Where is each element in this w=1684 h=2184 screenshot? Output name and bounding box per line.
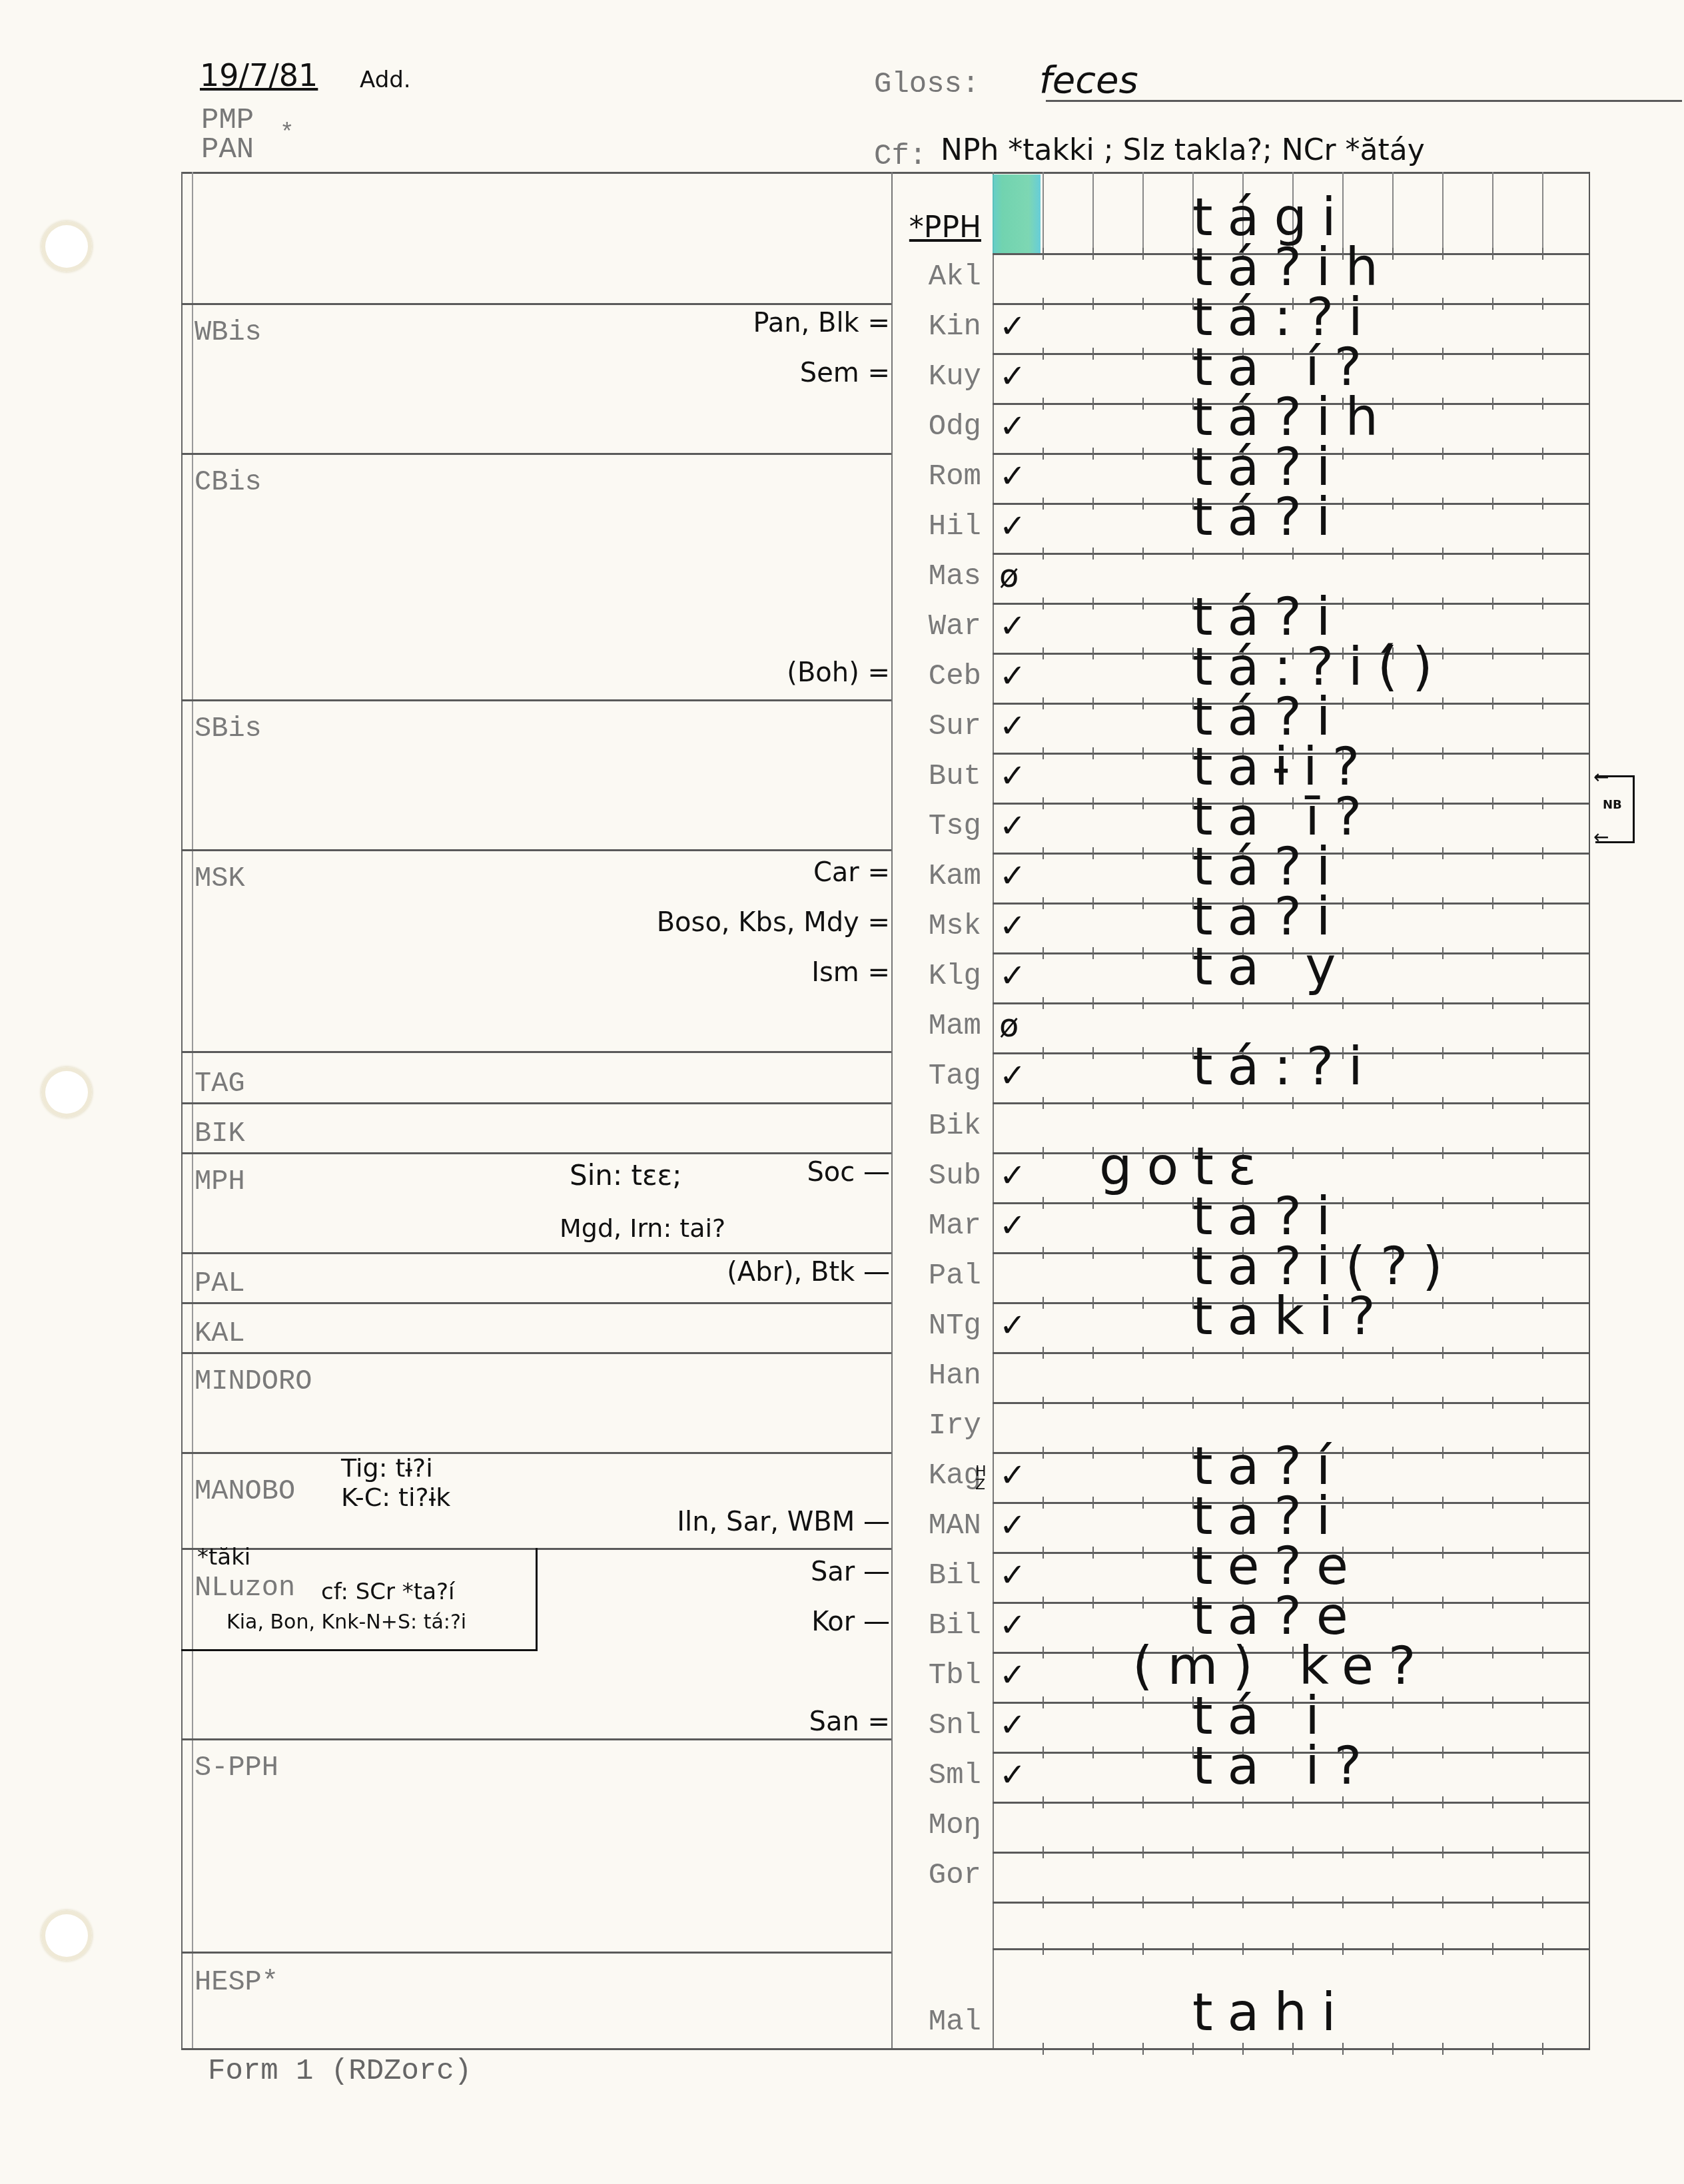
grid-tick [1542,997,1543,1009]
grid-tick [1442,1047,1444,1059]
pmp-label: PMP [201,104,254,137]
grid-tick [1142,1397,1144,1409]
cognate-check: ✓ [999,857,1026,895]
grid-tick [1092,947,1094,959]
cognate-check: ✓ [999,607,1026,645]
region-divider [181,303,891,305]
grid-tick [1043,1347,1044,1359]
region-label: TAG [195,1068,245,1100]
nluzon-kia-note: Kia, Bon, Knk-N+S: tá:?i [226,1611,466,1634]
region-label: HESP* [195,1966,278,1998]
grid-tick [1492,298,1493,310]
grid-tick [1442,897,1444,909]
cognate-check: ✓ [999,1307,1026,1344]
grid-tick [1492,1047,1493,1059]
grid-tick [1142,398,1144,410]
grid-tick [1542,597,1543,609]
grid-tick [1492,997,1493,1009]
grid-tick [1142,797,1144,809]
cognate-annotation: Pan, Blk = [753,308,890,338]
grid-tick [1392,348,1394,360]
grid-tick [1142,597,1144,609]
grid-tick [1542,897,1543,909]
grid-tick [1492,1943,1493,1955]
gloss-label: Gloss: [874,68,979,101]
grid-tick [1092,1097,1094,1109]
language-label: Sur [891,710,981,743]
grid-tick [1092,1846,1094,1858]
region-label: PAL [195,1268,245,1299]
grid-tick [1392,797,1394,809]
language-label: Ceb [891,660,981,693]
grid-cell-divider [1492,172,1493,253]
grid-tick [1542,1943,1543,1955]
grid-tick [1092,448,1094,460]
grid-tick [1542,1047,1543,1059]
grid-tick [1242,1943,1244,1955]
grid-tick [1492,1297,1493,1309]
grid-tick [1442,947,1444,959]
grid-tick [1192,1846,1194,1858]
grid-tick [1292,1347,1294,1359]
grid-tick [1392,498,1394,510]
grid-tick [1542,298,1543,310]
grid-tick [1542,1547,1543,1559]
grid-tick [1142,1846,1144,1858]
grid-tick [1292,2043,1294,2055]
grid-tick [1492,697,1493,709]
grid-tick [1542,1497,1543,1509]
grid-tick [1442,298,1444,310]
pph-highlight-cell [993,175,1041,253]
grid-tick [1342,1943,1344,1955]
grid-cell-divider [1092,172,1094,253]
grid-tick [1442,348,1444,360]
grid-tick [1442,1846,1444,1858]
language-label: MAN [891,1509,981,1543]
grid-tick [1092,1447,1094,1459]
language-label: *PPH [891,210,981,244]
reflex-form: tahi [1192,1983,1351,2043]
manobo-tig-note: Tig: tɨ?i [341,1453,433,1483]
grid-tick [1242,1347,1244,1359]
grid-tick [1043,348,1044,360]
grid-tick [1142,1796,1144,1808]
language-label: Rom [891,460,981,494]
region-divider [181,849,891,851]
grid-tick [1092,1347,1094,1359]
table-right-border [1589,172,1590,2050]
grid-cell-divider [1142,172,1144,253]
region-label: BIK [195,1118,245,1150]
grid-tick [1442,398,1444,410]
grid-tick [1442,1696,1444,1708]
cognate-annotation: Ism = [811,957,890,988]
grid-tick [1142,1746,1144,1758]
language-label: Kag [891,1459,981,1493]
cognate-check: ø [999,1007,1019,1044]
grid-tick [1492,448,1493,460]
cognate-check: ✓ [999,657,1026,695]
grid-tick [1392,1497,1394,1509]
grid-tick [1442,847,1444,859]
grid-tick [1142,1447,1144,1459]
grid-tick [1192,2043,1194,2055]
grid-tick [1542,1297,1543,1309]
grid-tick [1392,1796,1394,1808]
cognate-check: ✓ [999,508,1026,545]
grid-tick [1442,1497,1444,1509]
grid-tick [1492,1796,1493,1808]
cognate-check: ✓ [999,458,1026,495]
grid-tick [1542,847,1543,859]
language-label: Tag [891,1060,981,1093]
region-label: CBis [195,466,262,498]
grid-tick [1542,697,1543,709]
grid-tick [1142,1547,1144,1559]
grid-tick [1492,1646,1493,1658]
language-label: Bik [891,1110,981,1143]
grid-tick [1492,1447,1493,1459]
grid-tick [1043,1896,1044,1908]
cognate-annotation: Sem = [800,358,890,388]
reflex-form: tá?i [1192,488,1345,547]
cognate-check: ✓ [999,1207,1026,1244]
grid-tick [1142,1297,1144,1309]
grid-tick [1043,747,1044,759]
grid-tick [1392,1297,1394,1309]
reflex-form: tá:?i [1192,1037,1378,1097]
grid-tick [1292,1846,1294,1858]
grid-tick [1092,797,1094,809]
row-rule [993,2048,1589,2050]
grid-tick [1043,1097,1044,1109]
language-label: Sml [891,1759,981,1792]
grid-tick [1192,1097,1194,1109]
grid-tick [1542,398,1543,410]
language-label: Tsg [891,810,981,843]
grid-tick [1142,547,1144,559]
grid-tick [1142,947,1144,959]
grid-tick [1043,997,1044,1009]
language-label: Mam [891,1010,981,1043]
language-label: Snl [891,1709,981,1742]
grid-tick [1342,1347,1344,1359]
grid-tick [1442,1297,1444,1309]
grid-tick [1392,1896,1394,1908]
language-label: Hil [891,510,981,544]
language-label: Kin [891,310,981,344]
language-label: Han [891,1359,981,1393]
region-label: SBis [195,713,262,745]
grid-tick [1442,1147,1444,1159]
region-divider [181,453,891,455]
region-divider [181,1352,891,1354]
grid-tick [1142,997,1144,1009]
grid-tick [1442,1097,1444,1109]
grid-tick [1043,1696,1044,1708]
grid-tick [1492,547,1493,559]
grid-tick [1142,1097,1144,1109]
grid-tick [1043,498,1044,510]
grid-tick [1392,547,1394,559]
region-label: WBis [195,316,262,348]
language-label: Mar [891,1210,981,1243]
grid-tick [1542,547,1543,559]
grid-tick [1092,1197,1094,1209]
region-label: MANOBO [195,1475,295,1507]
grid-tick [1142,298,1144,310]
cognate-check: ✓ [999,1057,1026,1094]
manobo-kc-note: K-C: ti?ɨk [341,1483,450,1512]
language-label: Msk [891,910,981,943]
grid-tick [1442,1943,1444,1955]
language-label: Klg [891,960,981,993]
grid-tick [1142,348,1144,360]
grid-tick [1092,597,1094,609]
grid-tick [1092,1547,1094,1559]
grid-tick [1392,1696,1394,1708]
grid-tick [1342,2043,1344,2055]
grid-tick [1342,1796,1344,1808]
grid-tick [1542,1147,1543,1159]
grid-tick [1492,398,1493,410]
grid-tick [1242,547,1244,559]
grid-tick [1092,647,1094,659]
grid-tick [1142,897,1144,909]
grid-tick [1342,1696,1344,1708]
grid-tick [1442,498,1444,510]
grid-tick [1442,997,1444,1009]
region-divider [181,1952,891,1954]
grid-tick [1092,2043,1094,2055]
grid-tick [1342,1397,1344,1409]
grid-tick [1092,1746,1094,1758]
grid-tick [1392,1943,1394,1955]
grid-tick [1043,1646,1044,1658]
grid-tick [1142,1597,1144,1609]
cognate-check: ✓ [999,1607,1026,1644]
cognate-annotation: (Boh) = [787,657,890,688]
grid-tick [1442,797,1444,809]
reflex-form: ta y [1192,937,1350,997]
grid-tick [1542,947,1543,959]
language-label: Gor [891,1859,981,1892]
cognate-annotation: Sar — [811,1557,890,1587]
date-note: Add. [360,67,411,93]
cognate-check: ✓ [999,1756,1026,1794]
grid-tick [1043,897,1044,909]
grid-tick [1492,847,1493,859]
grid-tick [1492,348,1493,360]
grid-tick [1492,1547,1493,1559]
grid-tick [1192,1943,1194,1955]
date: 19/7/81 [200,57,318,93]
grid-tick [1292,547,1294,559]
grid-tick [1392,2043,1394,2055]
grid-tick [1242,997,1244,1009]
nluzon-star-note: *tăki [197,1544,250,1571]
grid-tick [1292,997,1294,1009]
region-divider [181,1738,891,1740]
grid-tick [1092,348,1094,360]
grid-tick [1192,1347,1194,1359]
cognate-check: ✓ [999,358,1026,395]
grid-tick [1142,498,1144,510]
grid-tick [1442,448,1444,460]
cognate-check: ✓ [999,1457,1026,1494]
grid-tick [1342,1846,1344,1858]
row-rule [993,1948,1589,1950]
grid-tick [1043,597,1044,609]
grid-tick [1043,1846,1044,1858]
grid-tick [1092,747,1094,759]
grid-tick [1392,1846,1394,1858]
row-rule [993,1352,1589,1354]
grid-tick [1342,997,1344,1009]
binder-hole [41,1067,92,1118]
grid-tick [1492,797,1493,809]
grid-tick [1043,1397,1044,1409]
language-label: Mas [891,560,981,593]
grid-tick [1442,1447,1444,1459]
grid-tick [1492,747,1493,759]
cognate-check: ✓ [999,1557,1026,1594]
grid-tick [1392,1147,1394,1159]
grid-tick [1142,697,1144,709]
language-label: Pal [891,1260,981,1293]
grid-tick [1542,1447,1543,1459]
region-divider [181,1302,891,1304]
cognate-annotation: Iln, Sar, WBM — [677,1507,890,1537]
grid-tick [1043,1047,1044,1059]
grid-tick [1492,1197,1493,1209]
grid-tick [1492,1696,1493,1708]
grid-tick [1392,1547,1394,1559]
language-label: Odg [891,410,981,444]
grid-tick [1043,797,1044,809]
grid-tick [1542,1896,1543,1908]
cognate-annotation: Soc — [807,1157,890,1188]
grid-tick [1192,997,1194,1009]
grid-cell-divider [1542,172,1543,253]
grid-tick [1043,398,1044,410]
grid-tick [1043,298,1044,310]
grid-tick [1392,997,1394,1009]
grid-tick [1092,847,1094,859]
grid-tick [1092,1896,1094,1908]
arrow-left-icon: ← [1593,826,1609,848]
cognate-check: ✓ [999,308,1026,345]
grid-tick [1142,847,1144,859]
grid-tick [1092,1047,1094,1059]
grid-tick [1092,1943,1094,1955]
grid-tick [1092,498,1094,510]
cognate-annotation: Kor — [811,1607,890,1637]
grid-tick [1142,1247,1144,1259]
cognate-check: ✓ [999,1656,1026,1694]
grid-tick [1342,1147,1344,1159]
grid-tick [1442,747,1444,759]
grid-tick [1542,1846,1543,1858]
cognate-annotation: (Abr), Btk — [727,1257,890,1287]
grid-tick [1092,1297,1094,1309]
grid-tick [1142,1696,1144,1708]
cognate-annotation: Boso, Kbs, Mdy = [657,907,890,938]
grid-tick [1292,1943,1294,1955]
grid-tick [1542,498,1543,510]
grid-tick [1092,997,1094,1009]
cognate-check: ✓ [999,408,1026,445]
grid-tick [1492,647,1493,659]
grid-tick [1242,1846,1244,1858]
form-footer: Form 1 (RDZorc) [208,2055,472,2088]
grid-tick [1242,1896,1244,1908]
grid-tick [1142,1943,1144,1955]
language-label: Kam [891,860,981,893]
grid-tick [1292,1397,1294,1409]
grid-tick [1392,1746,1394,1758]
region-label: MSK [195,863,245,895]
language-label: Tbl [891,1659,981,1692]
grid-tick [1342,1896,1344,1908]
cognate-check: ✓ [999,1507,1026,1544]
cognate-check: ✓ [999,807,1026,845]
row-rule [993,1102,1589,1104]
grid-tick [1043,947,1044,959]
grid-tick [1342,547,1344,559]
grid-tick [1092,1796,1094,1808]
grid-tick [1542,1197,1543,1209]
grid-tick [1142,248,1144,260]
language-label: Moŋ [891,1809,981,1842]
region-label: MPH [195,1166,245,1198]
grid-tick [1492,947,1493,959]
grid-tick [1442,547,1444,559]
grid-tick [1142,1347,1144,1359]
grid-tick [1542,647,1543,659]
grid-tick [1492,1247,1493,1259]
grid-tick [1542,1597,1543,1609]
cognate-check: ✓ [999,1157,1026,1194]
grid-tick [1043,1547,1044,1559]
grid-tick [1092,398,1094,410]
grid-tick [1542,1247,1543,1259]
cognate-check: ✓ [999,757,1026,795]
grid-tick [1492,1846,1493,1858]
grid-tick [1392,1397,1394,1409]
grid-tick [1442,1547,1444,1559]
region-divider [181,1051,891,1053]
reflex-form: ta i? [1192,1736,1376,1796]
grid-tick [1043,547,1044,559]
grid-tick [1092,697,1094,709]
grid-tick [1192,1397,1194,1409]
grid-tick [1092,897,1094,909]
grid-tick [1542,1746,1543,1758]
grid-tick [1043,847,1044,859]
grid-tick [1092,1646,1094,1658]
grid-tick [1542,1347,1543,1359]
grid-tick [1142,448,1144,460]
grid-cell-divider [1442,172,1444,253]
grid-tick [1442,2043,1444,2055]
grid-tick [1142,2043,1144,2055]
grid-tick [1442,597,1444,609]
row-rule [993,1152,1589,1154]
grid-tick [1292,1097,1294,1109]
language-label: NTg [891,1309,981,1343]
